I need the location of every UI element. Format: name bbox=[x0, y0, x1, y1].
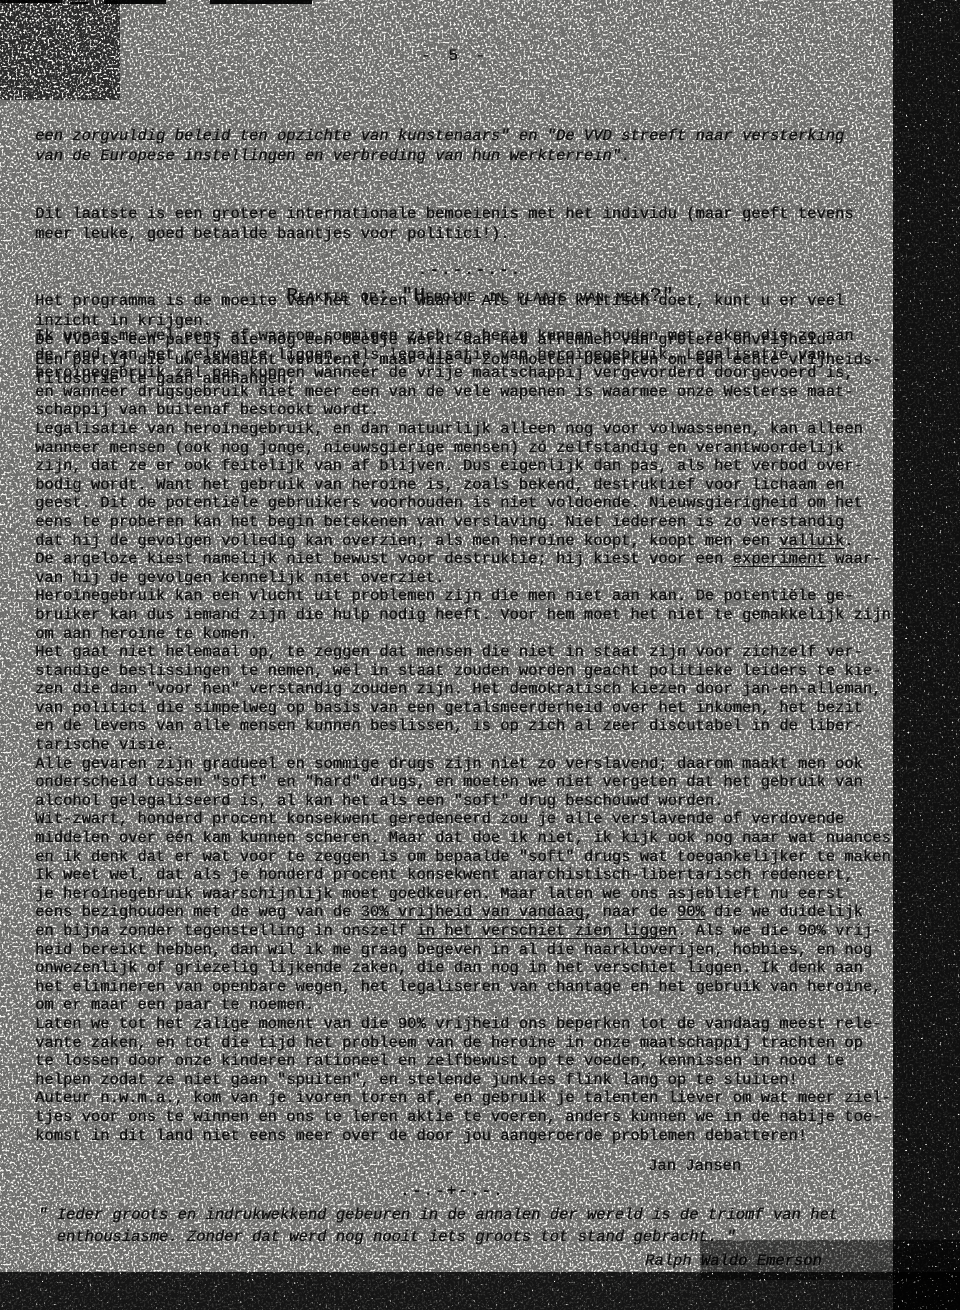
text-line: Wit-zwart, honderd procent konsekwent ge… bbox=[35, 810, 930, 829]
text-line: wanneer mensen (ook nog jonge, nieuwsgie… bbox=[35, 439, 930, 458]
text-segment: en bijna zonder tegenstelling in onszelf bbox=[35, 922, 416, 940]
scan-artifact bbox=[210, 0, 312, 4]
text-line: Alle gevaren zijn gradueel en sommige dr… bbox=[35, 755, 930, 774]
text-line: van politici die simpelweg op basis van … bbox=[35, 699, 930, 718]
text-segment: . Als we die 90% vrij- bbox=[677, 922, 882, 940]
text-line: tarische visie. bbox=[35, 736, 930, 755]
section-heading: Reaktie op: "Heroïne in plaats van melk?… bbox=[0, 285, 960, 307]
text-line: zen die dan "voor hen" verstandig zouden… bbox=[35, 680, 930, 699]
text-line: schappij van buitenaf bestookt wordt. bbox=[35, 401, 930, 420]
text-line: een zorgvuldig beleid ten opzichte van k… bbox=[35, 127, 925, 147]
underlined-text: experiment bbox=[733, 550, 826, 568]
section-separator: .-.-+-.-. bbox=[0, 1182, 960, 1200]
text-line: dat hij de gevolgen volledig kan overzie… bbox=[35, 532, 930, 551]
quote-author: Ralph Waldo Emerson bbox=[645, 1252, 822, 1270]
text-line: en de levens van alle mensen kunnen besl… bbox=[35, 717, 930, 736]
page-number: - 5 - bbox=[0, 47, 960, 65]
text-line: standige beslissingen te nemen, wèl in s… bbox=[35, 662, 930, 681]
text-line: en wanneer drugsgebruik niet meer een va… bbox=[35, 383, 930, 402]
text-line: je heroïnegebruik waarschijnlijk moet go… bbox=[35, 885, 930, 904]
text-line: en bijna zonder tegenstelling in onszelf… bbox=[35, 922, 930, 941]
text-line: vante zaken, en tot die tijd het problee… bbox=[35, 1034, 930, 1053]
text-line: geest. Dit de potentiële gebruikers voor… bbox=[35, 494, 930, 513]
underlined-text: valluik bbox=[779, 532, 844, 550]
text-line: Legalisatie van heroïnegebruik, en dan n… bbox=[35, 420, 930, 439]
scan-artifact bbox=[104, 0, 166, 4]
text-line: om aan heroïne te komen. bbox=[35, 625, 930, 644]
text-line: heroïnegebruik zal pas kunnen wanneer de… bbox=[35, 364, 930, 383]
text-line: " Ieder groots en indrukwekkend gebeuren… bbox=[38, 1205, 928, 1227]
scanned-document-page: - 5 - een zorgvuldig beleid ten opzichte… bbox=[0, 0, 960, 1310]
closing-quote: " Ieder groots en indrukwekkend gebeuren… bbox=[38, 1205, 928, 1248]
text-line: Heroïnegebruik kan een vlucht uit proble… bbox=[35, 587, 930, 606]
article-body: Ik vraag me wel eens af waarom sommigen … bbox=[35, 327, 930, 1145]
text-segment: . bbox=[844, 532, 853, 550]
text-line: heid bereikt hebben, dan wil ik me graag… bbox=[35, 941, 930, 960]
text-line: onderscheid tussen "soft" en "hard" drug… bbox=[35, 773, 930, 792]
text-line: eens te proberen kan het begin betekenen… bbox=[35, 513, 930, 532]
text-line: Ik weet wel, dat als je honderd procent … bbox=[35, 866, 930, 885]
underlined-text: 30% vrijheid van vandaag bbox=[361, 903, 584, 921]
text-line: De argeloze kiest namelijk niet bewust v… bbox=[35, 550, 930, 569]
text-segment: De argeloze kiest namelijk niet bewust v… bbox=[35, 550, 733, 568]
text-segment: eens bezighouden met de weg van de bbox=[35, 903, 361, 921]
text-line: de rand van het relevante liggen, als le… bbox=[35, 346, 930, 365]
text-line: Het gaat niet helemaal op, te zeggen dat… bbox=[35, 643, 930, 662]
text-segment: dat hij de gevolgen volledig kan overzie… bbox=[35, 532, 779, 550]
text-line: eens bezighouden met de weg van de 30% v… bbox=[35, 903, 930, 922]
text-line: te lossen door onze kinderen rationeel e… bbox=[35, 1052, 930, 1071]
text-line: tjes voor ons te winnen en ons te leren … bbox=[35, 1108, 930, 1127]
underlined-text: in het verschiet zien liggen bbox=[416, 922, 676, 940]
text-line: het elimineren van openbare wegen, het l… bbox=[35, 978, 930, 997]
text-line: Dit laatste is een grotere international… bbox=[35, 205, 925, 225]
text-line: bruiker kan dus iemand zijn die hulp nod… bbox=[35, 606, 930, 625]
underlined-text: 90% bbox=[677, 903, 705, 921]
text-line: onwezenlijk of griezelig lijkende zaken,… bbox=[35, 959, 930, 978]
scan-artifact bbox=[0, 0, 62, 3]
text-line: enthousiasme. Zonder dat werd nog nooit … bbox=[38, 1227, 928, 1249]
intro-paragraph: Dit laatste is een grotere international… bbox=[35, 205, 925, 244]
text-line: middelen over één kam kunnen scheren. Ma… bbox=[35, 829, 930, 848]
text-line: en ik denk dat er wat voor te zeggen is … bbox=[35, 848, 930, 867]
text-line: alcohol gelegaliseerd is, al kan het als… bbox=[35, 792, 930, 811]
text-line: komst in dit land niet eens meer over de… bbox=[35, 1127, 930, 1146]
text-line: om er maar een paar te noemen. bbox=[35, 996, 930, 1015]
text-line: Auteur n.w.m.a., kom van je ivoren toren… bbox=[35, 1089, 930, 1108]
text-line: Ik vraag me wel eens af waarom sommigen … bbox=[35, 327, 930, 346]
scan-artifact bbox=[70, 2, 88, 4]
text-line: Laten we tot het zalige moment van die 9… bbox=[35, 1015, 930, 1034]
text-segment: , naar de bbox=[584, 903, 677, 921]
author-signature: Jan Jansen bbox=[648, 1157, 741, 1175]
text-line: van hij de gevolgen kennelijk niet overz… bbox=[35, 569, 930, 588]
text-segment: die we duidelijk bbox=[705, 903, 863, 921]
text-line: zijn, dat ze er ook feitelijk van af bli… bbox=[35, 457, 930, 476]
intro-quote-paragraph: een zorgvuldig beleid ten opzichte van k… bbox=[35, 127, 925, 166]
text-segment: waar- bbox=[826, 550, 882, 568]
text-line: helpen zodat ze niet gaan "spuiten", en … bbox=[35, 1071, 930, 1090]
text-line: bodig wordt. Want het gebruik van heroïn… bbox=[35, 476, 930, 495]
section-separator: .-.-.-.-. bbox=[0, 261, 960, 279]
text-line: meer leuke, goed betaalde baantjes voor … bbox=[35, 225, 925, 245]
text-line: van de Europese instellingen en verbredi… bbox=[35, 147, 925, 167]
